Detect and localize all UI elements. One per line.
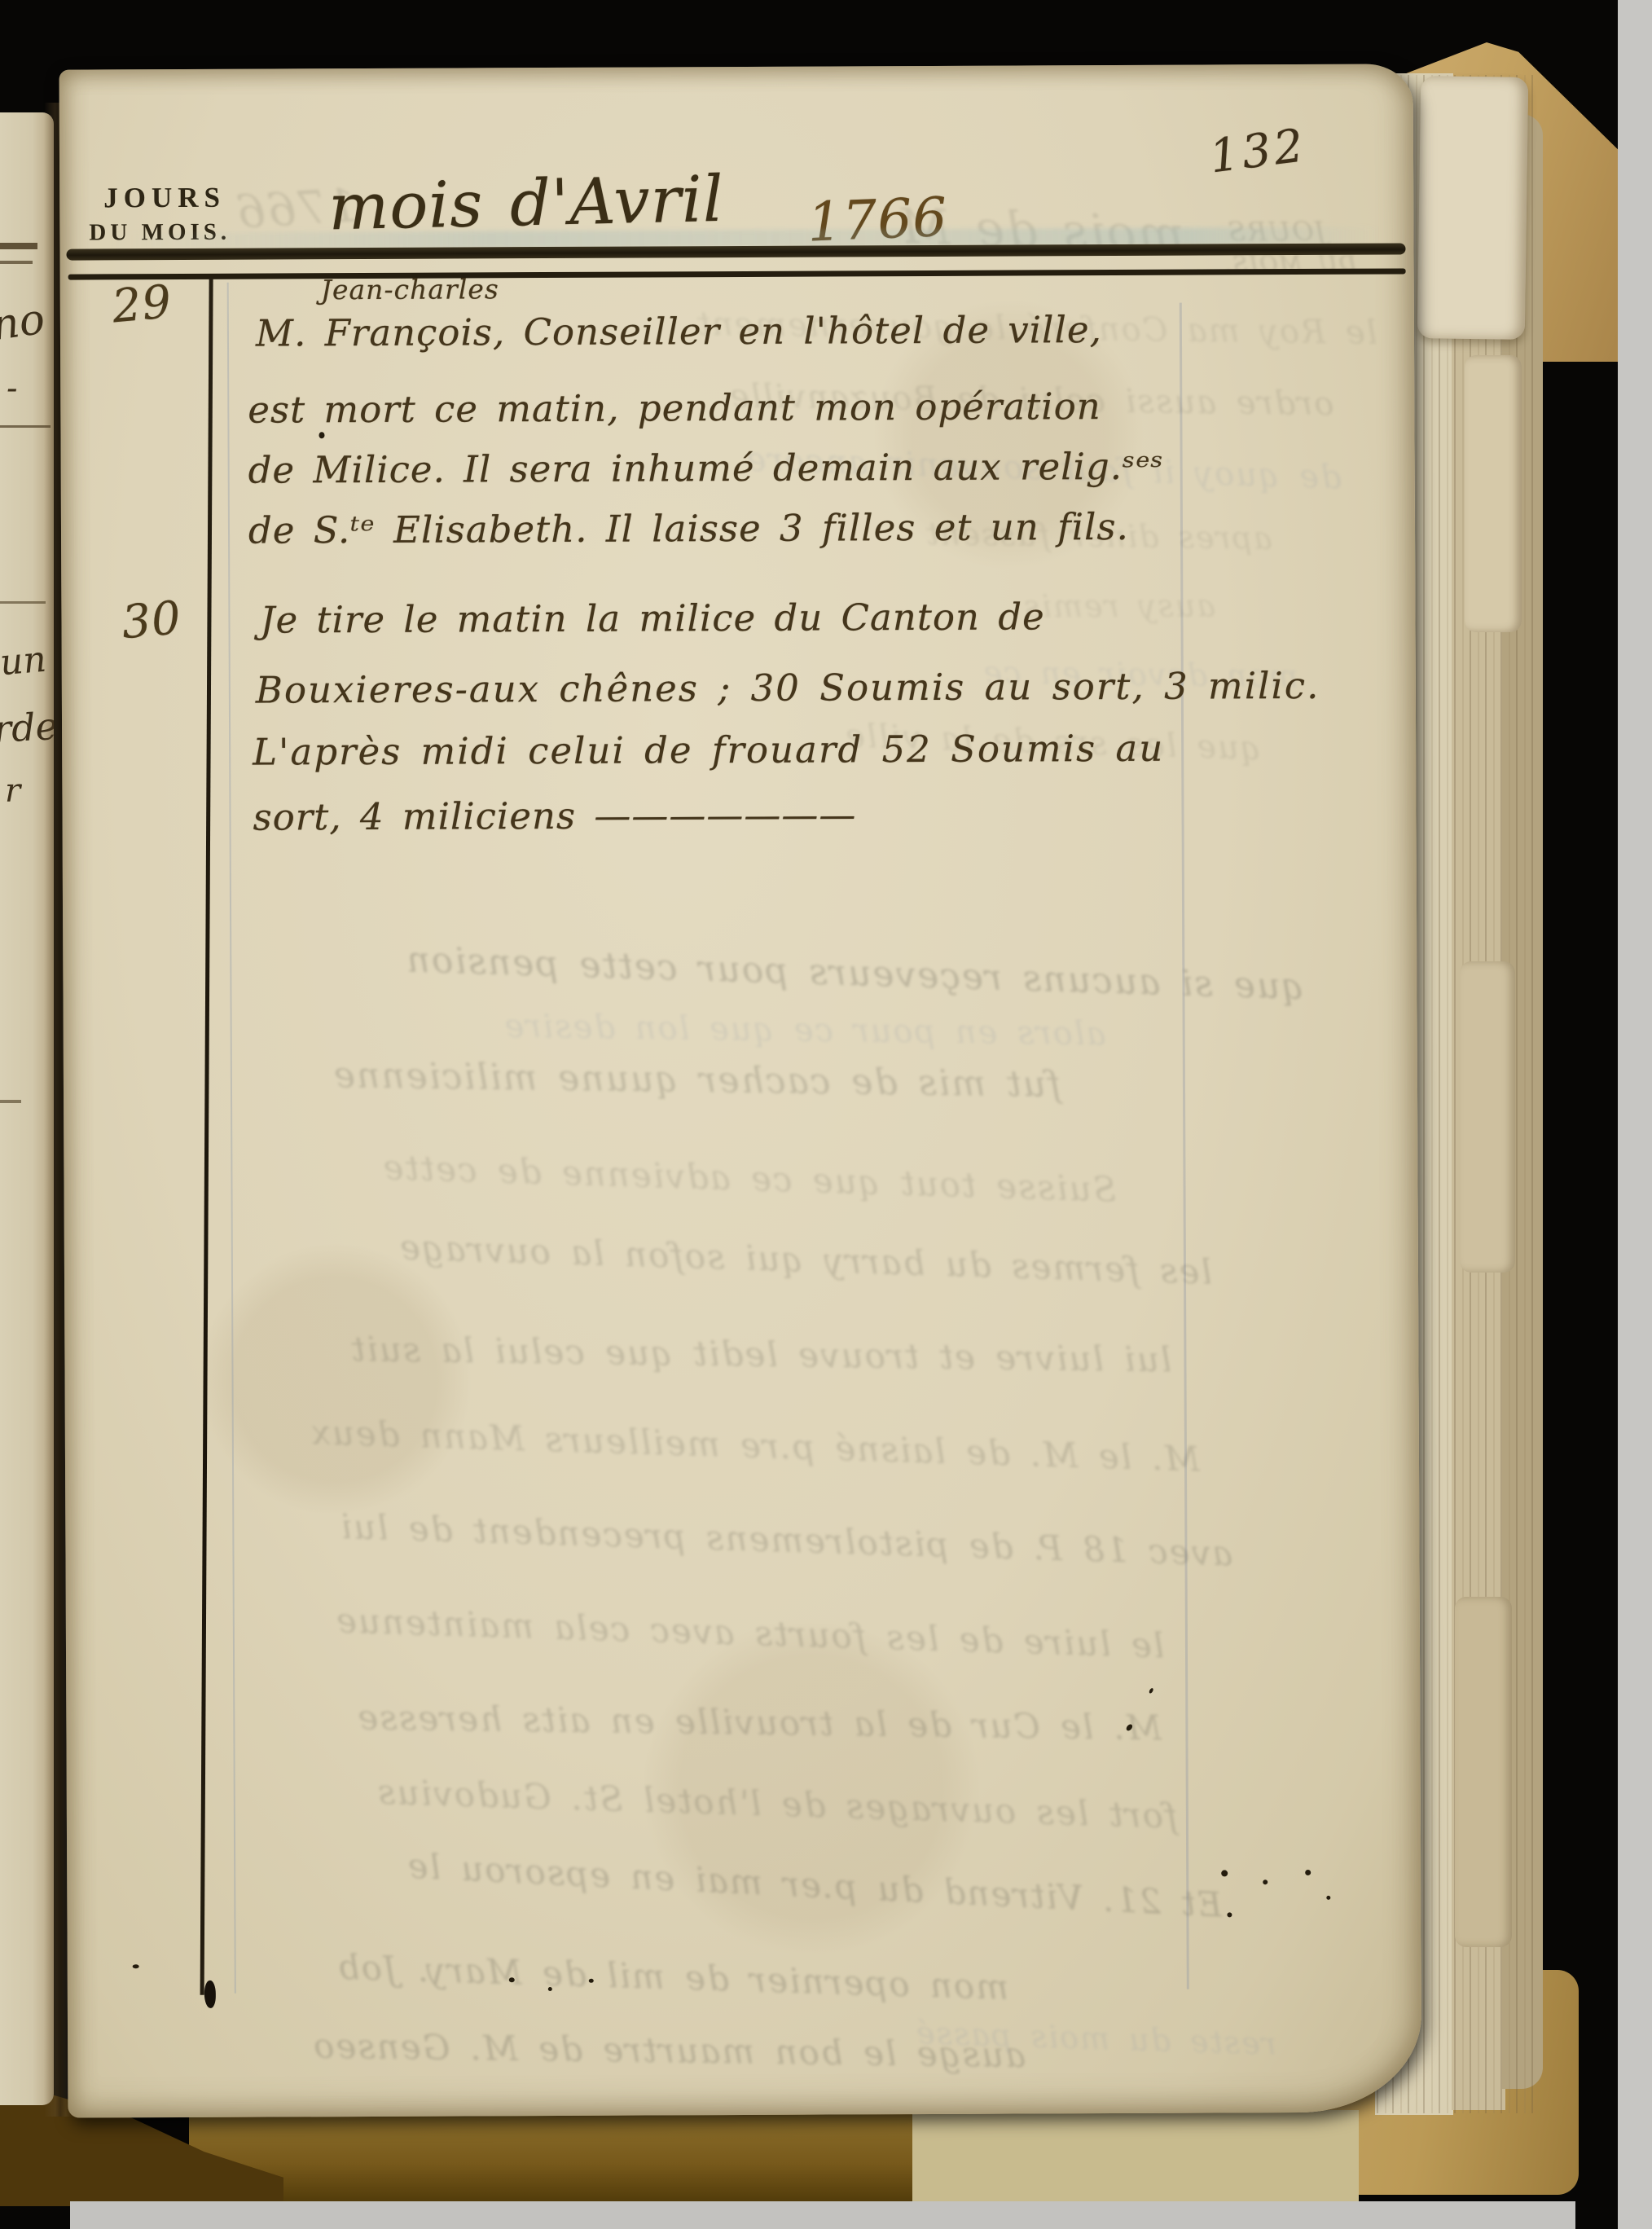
book-cover-bottom-light [912, 2110, 1359, 2203]
bleedthrough-line: les fermes du barry qui sofon la ouvrage [398, 1227, 1212, 1291]
ink-blob-rule-end [204, 1981, 216, 2008]
book-cover-bottom-dark [189, 2105, 919, 2203]
ink-speck [589, 1979, 594, 1983]
page-number: 132 [1206, 119, 1309, 183]
bleedthrough-line: M. le Cur de la trouville en aits heress… [356, 1697, 1162, 1748]
printed-header-jours: JOURS [103, 182, 226, 215]
entry-line: L'après midi celui de frouard 52 Soumis … [253, 727, 1164, 774]
entry-day-number: 30 [120, 591, 184, 649]
entry-line: de S.ᵗᵉ Elisabeth. Il laisse 3 filles et… [248, 505, 1129, 552]
bleedthrough-line: avec 18 P. de pistolremens precendent de… [339, 1506, 1233, 1573]
ink-speck [1305, 1870, 1311, 1875]
faint-margin-line-right [1180, 303, 1189, 1989]
left-page-fragment: - [7, 370, 18, 407]
scanner-edge-bottom [70, 2201, 1575, 2229]
left-page-fragment: no [0, 295, 48, 350]
bleedthrough-line: lui luivre et trouve ledit que celui la … [349, 1329, 1171, 1379]
day-column-rule [200, 278, 213, 1995]
ink-speck [1221, 1870, 1228, 1876]
left-page-fragment: r [5, 772, 20, 810]
ink-speck [133, 1964, 139, 1968]
bleedthrough-line: Et 21. Vitrend du p.er mai en epsorou le [406, 1846, 1224, 1925]
bleedthrough-line: M. le M. de laisné p.re meilleurs Mann d… [309, 1412, 1200, 1479]
faint-margin-line-left [227, 283, 236, 1994]
entry-inserted-note: Jean-charles [321, 273, 499, 306]
left-page-fragment [0, 425, 51, 428]
left-page-fragment: un [0, 639, 48, 684]
entry-day-number: 29 [110, 275, 174, 333]
ink-speck [1263, 1879, 1268, 1884]
ink-speck [319, 432, 324, 438]
entry-line: est mort ce matin, pendant mon opération [248, 385, 1101, 432]
bleedthrough-line: fut mis de cacher quune milicienne [332, 1054, 1061, 1106]
page-edge-tab [1455, 1597, 1512, 1947]
bleedthrough-line: ausy remis [1022, 587, 1215, 624]
scanned-journal-page: no-unrder 1766mois de MJOURSDU MOIS. JOU… [0, 0, 1652, 2229]
bleedthrough-line: mon opernier de mil de Mary. Job [336, 1947, 1009, 2007]
ink-speck [509, 1977, 515, 1982]
page-edge-tab [1465, 355, 1522, 632]
scanner-edge-right [1618, 0, 1652, 2229]
ink-speck [1149, 1687, 1154, 1694]
bleedthrough-line [1207, 283, 1378, 290]
left-page-fragment [0, 243, 37, 249]
ink-speck [1227, 1912, 1232, 1917]
left-page-fragment [0, 261, 33, 264]
page-edge-tab [1460, 961, 1515, 1273]
page-edge-tab [1417, 76, 1528, 340]
entry-line: Je tire le matin la milice du Canton de [260, 595, 1044, 641]
bleedthrough-line: que si aucuns reçeveurs pour cette pensi… [405, 939, 1305, 1009]
bleedthrough-line: alors en pour ce que lon desire [503, 1008, 1105, 1053]
bleedthrough-line: fort les ouvrages de l'hotel St. Gudoviu… [376, 1772, 1178, 1836]
bleedthrough-line: Suisse tout que ce advienne de cette [381, 1147, 1117, 1210]
entry-line: Bouxieres-aux chênes ; 30 Soumis au sort… [256, 664, 1320, 712]
left-page-fragment [0, 601, 46, 604]
journal-page: 1766mois de MJOURSDU MOIS. JOURS DU MOIS… [59, 64, 1422, 2117]
entry-line: sort, 4 miliciens ——————— [253, 793, 856, 838]
ink-speck [1326, 1896, 1330, 1900]
bleedthrough-line: le luire de les fourts avec cela mainten… [334, 1600, 1165, 1665]
entry-line: M. François, Conseiller en l'hôtel de vi… [256, 308, 1102, 355]
entry-line: de Milice. Il sera inhumé demain aux rel… [248, 445, 1164, 492]
ink-speck [548, 1987, 552, 1991]
left-page-fragment [0, 1100, 21, 1103]
header-rule-thin [68, 268, 1406, 279]
